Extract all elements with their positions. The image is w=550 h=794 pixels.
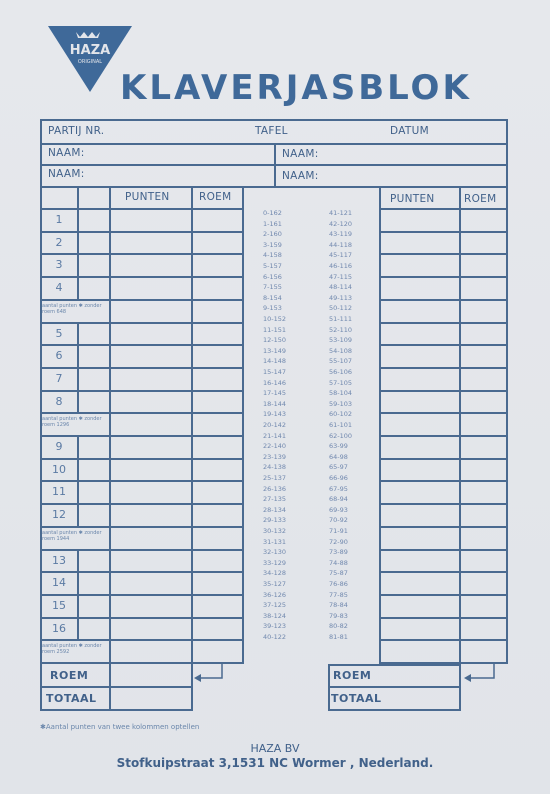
arrow-left-icon	[462, 664, 502, 688]
points-pair: 42-120	[329, 220, 352, 228]
divider	[379, 458, 508, 460]
punten-cell[interactable]	[111, 278, 191, 299]
divider	[379, 276, 508, 278]
points-pair: 2-160	[263, 230, 282, 238]
points-pair: 41-121	[329, 209, 352, 217]
company-name: HAZA BV	[0, 742, 550, 755]
points-pair: 40-122	[263, 633, 286, 641]
naam-field-1[interactable]: NAAM:	[48, 147, 85, 159]
points-pair: 80-82	[329, 622, 348, 630]
row-number: 8	[41, 395, 77, 408]
points-pair: 13-149	[263, 347, 286, 355]
row-number: 9	[41, 440, 77, 453]
points-pair: 19-143	[263, 410, 286, 418]
divider	[77, 617, 79, 641]
row-number: 2	[41, 236, 77, 249]
subtotal-label: aantal punten ✱ zonder roem 1296	[42, 416, 110, 428]
row-number: 4	[41, 281, 77, 294]
points-pair: 71-91	[329, 527, 348, 535]
points-pair: 43-119	[329, 230, 352, 238]
points-pair: 54-108	[329, 347, 352, 355]
punten-cell[interactable]	[111, 482, 191, 503]
col-header-roem-right: ROEM	[464, 193, 496, 205]
divider	[77, 458, 79, 482]
divider	[379, 594, 508, 596]
points-pair: 5-157	[263, 262, 282, 270]
naam-field-3[interactable]: NAAM:	[48, 168, 85, 180]
points-pair: 50-112	[329, 304, 352, 312]
datum-field[interactable]: DATUM	[390, 125, 429, 137]
divider	[77, 231, 79, 255]
divider	[77, 344, 79, 368]
divider	[379, 231, 508, 233]
points-pair: 26-136	[263, 485, 286, 493]
arrow-left-icon	[192, 664, 232, 688]
points-pair: 27-135	[263, 495, 286, 503]
row-number: 12	[41, 508, 77, 521]
row-number: 16	[41, 622, 77, 635]
col-header-punten-right: PUNTEN	[390, 193, 435, 205]
points-pair: 11-151	[263, 326, 286, 334]
col-header-punten-left: PUNTEN	[125, 191, 170, 203]
row-number: 7	[41, 372, 77, 385]
punten-cell[interactable]	[111, 551, 191, 572]
subtotal-label: aantal punten ✱ zonder roem 2592	[42, 643, 110, 655]
divider	[379, 390, 508, 392]
row-number: 1	[41, 213, 77, 226]
company-address: Stofkuipstraat 3,1531 NC Wormer , Nederl…	[0, 756, 550, 770]
divider	[328, 709, 461, 711]
divider	[77, 390, 79, 414]
divider	[328, 664, 330, 711]
divider	[40, 526, 244, 528]
points-pair: 14-148	[263, 357, 286, 365]
points-pair: 36-126	[263, 591, 286, 599]
points-pair: 17-145	[263, 389, 286, 397]
points-pair: 72-90	[329, 538, 348, 546]
points-pair: 45-117	[329, 251, 352, 259]
points-pair: 52-110	[329, 326, 352, 334]
frame-top	[40, 119, 508, 121]
points-pair: 69-93	[329, 506, 348, 514]
points-pair: 46-116	[329, 262, 352, 270]
divider	[379, 617, 508, 619]
divider	[191, 186, 193, 711]
divider	[40, 639, 244, 641]
frame-right-header	[506, 119, 508, 187]
points-pair: 73-89	[329, 548, 348, 556]
points-pair: 12-150	[263, 336, 286, 344]
punten-cell[interactable]	[111, 369, 191, 390]
points-pair: 63-99	[329, 442, 348, 450]
divider	[459, 186, 461, 711]
points-pair: 60-102	[329, 410, 352, 418]
row-number: 11	[41, 485, 77, 498]
points-pair: 32-130	[263, 548, 286, 556]
punten-cell[interactable]	[111, 324, 191, 345]
points-pair: 4-158	[263, 251, 282, 259]
points-pair: 24-138	[263, 463, 286, 471]
svg-text:ORIGINAL: ORIGINAL	[78, 59, 102, 65]
divider	[379, 367, 508, 369]
divider	[328, 686, 461, 688]
points-pair: 59-103	[329, 400, 352, 408]
points-pair: 48-114	[329, 283, 352, 291]
divider	[40, 299, 244, 301]
points-pair: 9-153	[263, 304, 282, 312]
points-pair: 33-129	[263, 559, 286, 567]
divider	[40, 709, 192, 711]
divider	[379, 299, 508, 301]
divider	[77, 503, 79, 527]
divider	[379, 480, 508, 482]
points-pair: 61-101	[329, 421, 352, 429]
points-pair: 75-87	[329, 569, 348, 577]
points-pair: 68-94	[329, 495, 348, 503]
divider	[77, 594, 79, 618]
totaal-label-left: TOTAAL	[46, 692, 97, 705]
points-pair: 70-92	[329, 516, 348, 524]
punten-cell[interactable]	[111, 255, 191, 276]
divider	[379, 253, 508, 255]
points-pair: 81-81	[329, 633, 348, 641]
punten-cell[interactable]	[111, 573, 191, 594]
points-pair: 23-139	[263, 453, 286, 461]
divider	[77, 480, 79, 504]
punten-cell[interactable]	[111, 619, 191, 640]
totaal-label-right: TOTAAL	[331, 692, 382, 705]
divider	[77, 322, 79, 346]
points-pair: 62-100	[329, 432, 352, 440]
divider	[379, 412, 508, 414]
points-pair: 16-146	[263, 379, 286, 387]
divider	[379, 322, 508, 324]
points-pair: 44-118	[329, 241, 352, 249]
points-pair: 35-127	[263, 580, 286, 588]
divider	[77, 276, 79, 300]
points-pair: 1-161	[263, 220, 282, 228]
points-pair: 53-109	[329, 336, 352, 344]
divider	[77, 435, 79, 459]
points-pair: 51-111	[329, 315, 352, 323]
divider	[77, 367, 79, 391]
points-pair: 37-125	[263, 601, 286, 609]
divider	[109, 664, 111, 711]
points-pair: 78-84	[329, 601, 348, 609]
punten-cell[interactable]	[111, 437, 191, 458]
points-pair: 64-98	[329, 453, 348, 461]
points-pair: 8-154	[263, 294, 282, 302]
punten-cell[interactable]	[111, 505, 191, 526]
punten-cell[interactable]	[111, 210, 191, 231]
naam-field-4[interactable]: NAAM:	[282, 170, 319, 182]
points-pair: 3-159	[263, 241, 282, 249]
divider	[77, 571, 79, 595]
page-title: KLAVERJASBLOK	[120, 68, 472, 108]
divider	[242, 186, 244, 664]
roem-total-label-left: ROEM	[50, 669, 88, 682]
points-pair: 20-142	[263, 421, 286, 429]
punten-cell[interactable]	[111, 346, 191, 367]
points-pair: 21-141	[263, 432, 286, 440]
points-pair: 31-131	[263, 538, 286, 546]
divider	[379, 503, 508, 505]
divider	[379, 639, 508, 641]
points-pair: 38-124	[263, 612, 286, 620]
points-pair: 18-144	[263, 400, 286, 408]
row-number: 14	[41, 576, 77, 589]
row-number: 3	[41, 258, 77, 271]
points-pair: 7-155	[263, 283, 282, 291]
divider	[77, 253, 79, 277]
row-number: 15	[41, 599, 77, 612]
divider	[379, 549, 508, 551]
divider	[40, 412, 244, 414]
divider	[77, 186, 79, 208]
divider	[379, 208, 508, 210]
subtotal-label: aantal punten ✱ zonder roem 1944	[42, 530, 110, 542]
points-pair: 39-123	[263, 622, 286, 630]
points-pair: 22-140	[263, 442, 286, 450]
score-sheet: HAZA ORIGINAL KLAVERJASBLOK PARTIJ NR. T…	[0, 0, 550, 794]
divider	[379, 186, 381, 664]
points-pair: 58-104	[329, 389, 352, 397]
points-pair: 74-88	[329, 559, 348, 567]
points-pair: 15-147	[263, 368, 286, 376]
divider	[379, 526, 508, 528]
roem-total-label-right: ROEM	[333, 669, 371, 682]
row-number: 5	[41, 327, 77, 340]
row-number: 10	[41, 463, 77, 476]
divider	[77, 549, 79, 573]
points-pair: 65-97	[329, 463, 348, 471]
points-pair: 66-96	[329, 474, 348, 482]
divider	[328, 664, 461, 666]
points-pair: 6-156	[263, 273, 282, 281]
punten-cell[interactable]	[111, 460, 191, 481]
footnote: ✱Aantal punten van twee kolommen optelle…	[40, 723, 199, 731]
points-pair: 28-134	[263, 506, 286, 514]
points-pair: 30-132	[263, 527, 286, 535]
divider	[274, 143, 276, 187]
divider	[379, 435, 508, 437]
row-number: 6	[41, 349, 77, 362]
divider	[506, 186, 508, 664]
points-pair: 47-115	[329, 273, 352, 281]
points-pair: 10-152	[263, 315, 286, 323]
points-pair: 67-95	[329, 485, 348, 493]
points-pair: 0-162	[263, 209, 282, 217]
naam-field-2[interactable]: NAAM:	[282, 148, 319, 160]
points-pair: 29-133	[263, 516, 286, 524]
divider	[77, 208, 79, 232]
points-pair: 79-83	[329, 612, 348, 620]
punten-cell[interactable]	[111, 596, 191, 617]
divider	[379, 344, 508, 346]
points-pair: 25-137	[263, 474, 286, 482]
row-number: 13	[41, 554, 77, 567]
points-pair: 57-105	[329, 379, 352, 387]
punten-cell[interactable]	[111, 392, 191, 413]
subtotal-label: aantal punten ✱ zonder roem 648	[42, 303, 110, 315]
divider	[379, 571, 508, 573]
punten-cell[interactable]	[111, 233, 191, 254]
divider	[40, 686, 192, 688]
tafel-field[interactable]: TAFEL	[255, 125, 288, 137]
points-pair: 49-113	[329, 294, 352, 302]
points-pair: 77-85	[329, 591, 348, 599]
partij-nr-field[interactable]: PARTIJ NR.	[48, 125, 104, 137]
points-pair: 76-86	[329, 580, 348, 588]
col-header-roem-left: ROEM	[199, 191, 231, 203]
points-pair: 55-107	[329, 357, 352, 365]
points-pair: 56-106	[329, 368, 352, 376]
svg-text:HAZA: HAZA	[70, 43, 110, 58]
points-pair: 34-128	[263, 569, 286, 577]
